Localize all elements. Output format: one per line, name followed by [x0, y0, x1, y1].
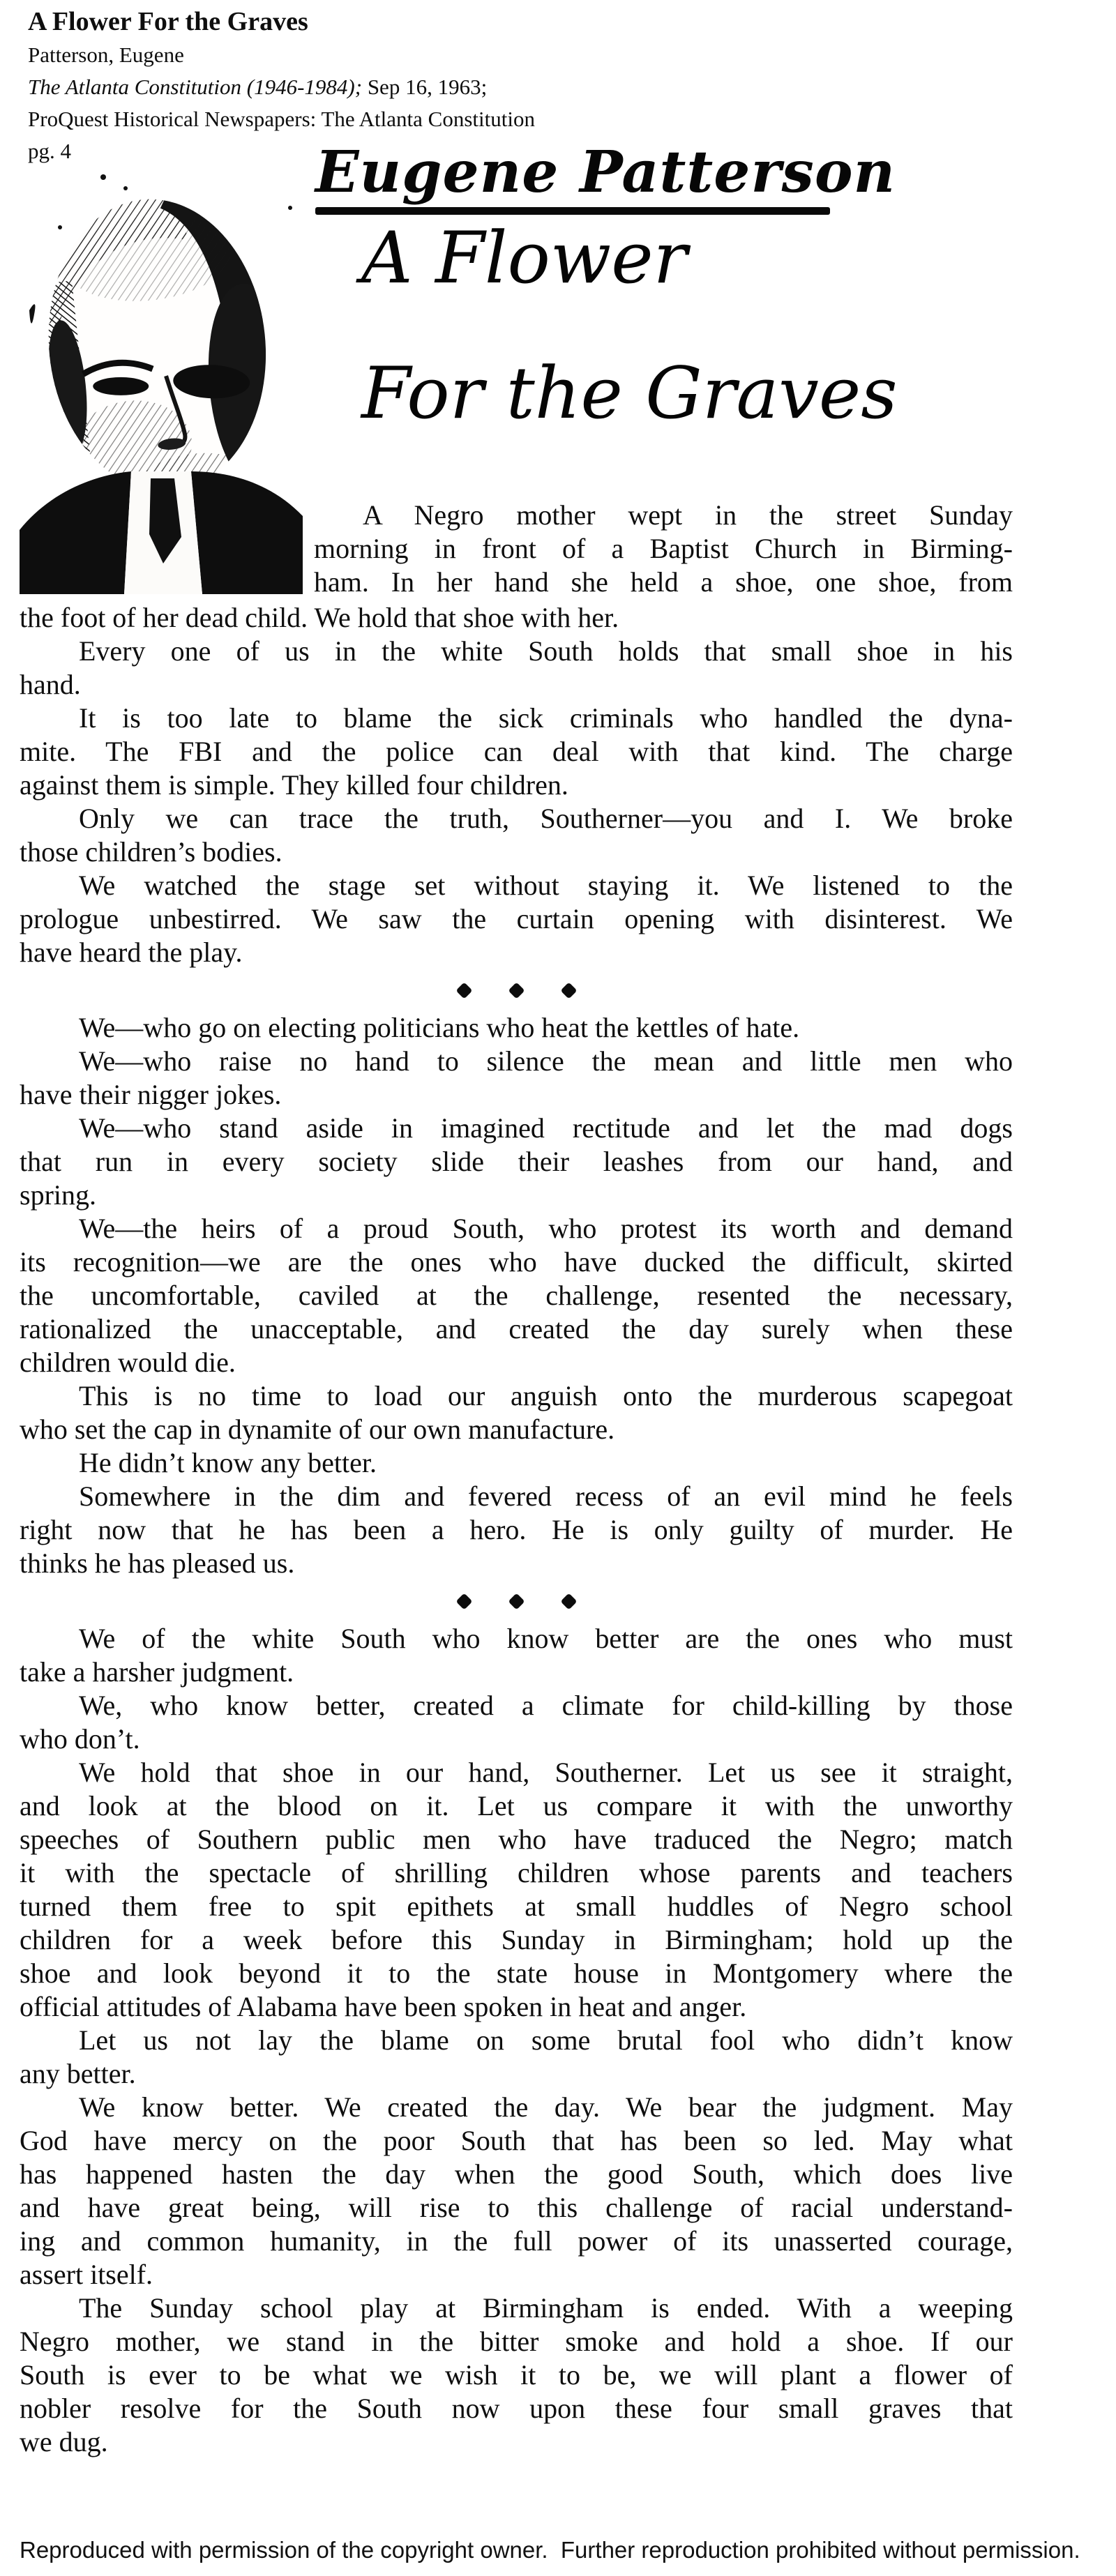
article-text-line: The Sunday school play at Birmingham is …: [20, 2291, 1013, 2325]
article-text-line: take a harsher judgment.: [20, 1656, 1013, 1689]
article-text-line: its recognition—we are the ones who have…: [20, 1245, 1013, 1279]
article-text-line: We watched the stage set without staying…: [20, 869, 1013, 902]
article-text-line: rationalized the unacceptable, and creat…: [20, 1312, 1013, 1346]
article-text-line: We hold that shoe in our hand, Southerne…: [20, 1756, 1013, 1789]
article-text-line: who set the cap in dynamite of our own m…: [20, 1413, 1013, 1446]
article-text-line: God have mercy on the poor South that ha…: [20, 2124, 1013, 2158]
article-text-line: shoe and look beyond it to the state hou…: [20, 1957, 1013, 1990]
article-text-line: We know better. We created the day. We b…: [20, 2091, 1013, 2124]
article-text-line: Only we can trace the truth, Southerner—…: [20, 802, 1013, 835]
citation-author: Patterson, Eugene: [28, 39, 535, 71]
masthead-underline: [315, 207, 830, 215]
lead-line: ham. In her hand she held a shoe, one sh…: [314, 566, 1013, 599]
separator-star-icon: [560, 982, 577, 999]
article-text-line: those children’s bodies.: [20, 835, 1013, 869]
article-text-line: ing and common humanity, in the full pow…: [20, 2225, 1013, 2258]
citation-source-title: The Atlanta Constitution (1946-1984);: [28, 75, 362, 99]
newspaper-scan-page: A Flower For the Graves Patterson, Eugen…: [0, 0, 1116, 2576]
section-separator: [20, 973, 1013, 1007]
article-text-line: has happened hasten the day when the goo…: [20, 2158, 1013, 2191]
article-text-line: spring.: [20, 1179, 1013, 1212]
article-text-line: official attitudes of Alabama have been …: [20, 1990, 1013, 2024]
lead-paragraph: A Negro mother wept in the street Sunday…: [314, 499, 1013, 599]
article-text-line: against them is simple. They killed four…: [20, 768, 1013, 802]
separator-star-icon: [455, 982, 472, 999]
article-text-line: We—who raise no hand to silence the mean…: [20, 1045, 1013, 1078]
author-portrait-engraving: [20, 167, 303, 594]
article-text-line: prologue unbestirred. We saw the curtain…: [20, 902, 1013, 936]
article-text-line: We, who know better, created a climate f…: [20, 1689, 1013, 1722]
article-text-line: any better.: [20, 2057, 1013, 2091]
article-text-line: Somewhere in the dim and fevered recess …: [20, 1480, 1013, 1513]
section-separator: [20, 1584, 1013, 1618]
article-text-line: it with the spectacle of shrilling child…: [20, 1856, 1013, 1890]
separator-star-icon: [508, 1593, 525, 1609]
article-text-line: It is too late to blame the sick crimina…: [20, 702, 1013, 735]
article-text-line: who don’t.: [20, 1722, 1013, 1756]
separator-star-icon: [560, 1593, 577, 1609]
citation-title: A Flower For the Graves: [28, 4, 535, 39]
citation-database: ProQuest Historical Newspapers: The Atla…: [28, 103, 535, 135]
article-text-line: have heard the play.: [20, 936, 1013, 969]
lead-line: A Negro mother wept in the street Sunday: [314, 499, 1013, 532]
article-text-line: children would die.: [20, 1346, 1013, 1379]
article-text-line: We—who stand aside in imagined rectitude…: [20, 1112, 1013, 1145]
article-text-line: speeches of Southern public men who have…: [20, 1823, 1013, 1856]
article-text-line: South is ever to be what we wish it to b…: [20, 2358, 1013, 2392]
article-text-line: children for a week before this Sunday i…: [20, 1923, 1013, 1957]
citation-source-line: The Atlanta Constitution (1946-1984); Se…: [28, 71, 535, 103]
article-text-line: Every one of us in the white South holds…: [20, 635, 1013, 668]
article-text-line: the uncomfortable, caviled at the challe…: [20, 1279, 1013, 1312]
article-text-line: Negro mother, we stand in the bitter smo…: [20, 2325, 1013, 2358]
article-text-line: that run in every society slide their le…: [20, 1145, 1013, 1179]
article-text-line: the foot of her dead child. We hold that…: [20, 601, 1013, 635]
author-portrait: [20, 167, 303, 594]
article-text-line: He didn’t know any better.: [20, 1446, 1013, 1480]
article-text-line: We of the white South who know better ar…: [20, 1622, 1013, 1656]
article-body: the foot of her dead child. We hold that…: [20, 601, 1013, 2459]
headline-line-2: For the Graves: [361, 358, 898, 430]
permission-notice: Reproduced with permission of the copyri…: [20, 2537, 1099, 2563]
article-text-line: right now that he has been a hero. He is…: [20, 1513, 1013, 1547]
article-text-line: and have great being, will rise to this …: [20, 2191, 1013, 2225]
article-text-line: thinks he has pleased us.: [20, 1547, 1013, 1580]
article-text-line: We—the heirs of a proud South, who prote…: [20, 1212, 1013, 1245]
article-text-line: This is no time to load our anguish onto…: [20, 1379, 1013, 1413]
columnist-masthead: Eugene Patterson: [315, 144, 896, 215]
article-text-line: we dug.: [20, 2425, 1013, 2459]
lead-line: morning in front of a Baptist Church in …: [314, 532, 1013, 566]
article-text-line: Let us not lay the blame on some brutal …: [20, 2024, 1013, 2057]
columnist-name: Eugene Patterson: [315, 144, 896, 201]
article-text-line: and look at the blood on it. Let us comp…: [20, 1789, 1013, 1823]
article-text-line: assert itself.: [20, 2258, 1013, 2291]
article-text-line: We—who go on electing politicians who he…: [20, 1011, 1013, 1045]
article-text-line: turned them free to spit epithets at sma…: [20, 1890, 1013, 1923]
article-text-line: hand.: [20, 668, 1013, 702]
separator-star-icon: [508, 982, 525, 999]
article-text-line: mite. The FBI and the police can deal wi…: [20, 735, 1013, 768]
separator-star-icon: [455, 1593, 472, 1609]
article-text-line: nobler resolve for the South now upon th…: [20, 2392, 1013, 2425]
article-text-line: have their nigger jokes.: [20, 1078, 1013, 1112]
citation-date: Sep 16, 1963;: [362, 75, 487, 99]
headline-line-1: A Flower: [361, 223, 687, 294]
